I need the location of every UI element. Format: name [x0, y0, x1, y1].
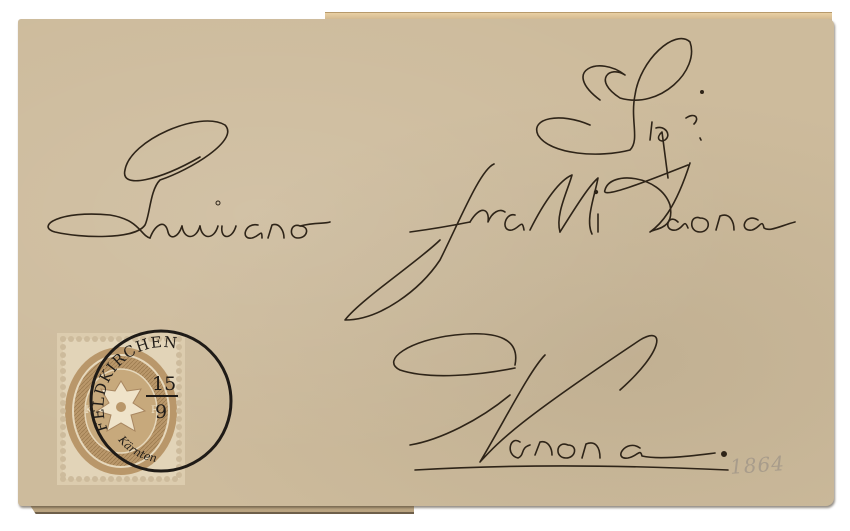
- postmark-month: 9: [155, 401, 167, 423]
- surname-script: [345, 163, 795, 320]
- first-name-script: [48, 121, 330, 238]
- postmark-day: 15: [152, 373, 176, 395]
- handwriting-layer: FELDKIRCHEN Kärnten 15 9: [0, 0, 850, 531]
- pencil-year-note: 1864: [729, 451, 785, 479]
- postmark-cancel: FELDKIRCHEN Kärnten 15 9: [89, 331, 231, 471]
- cover-scene: K R: [0, 0, 850, 531]
- salutation-script: [537, 39, 704, 178]
- city-script: [394, 334, 728, 470]
